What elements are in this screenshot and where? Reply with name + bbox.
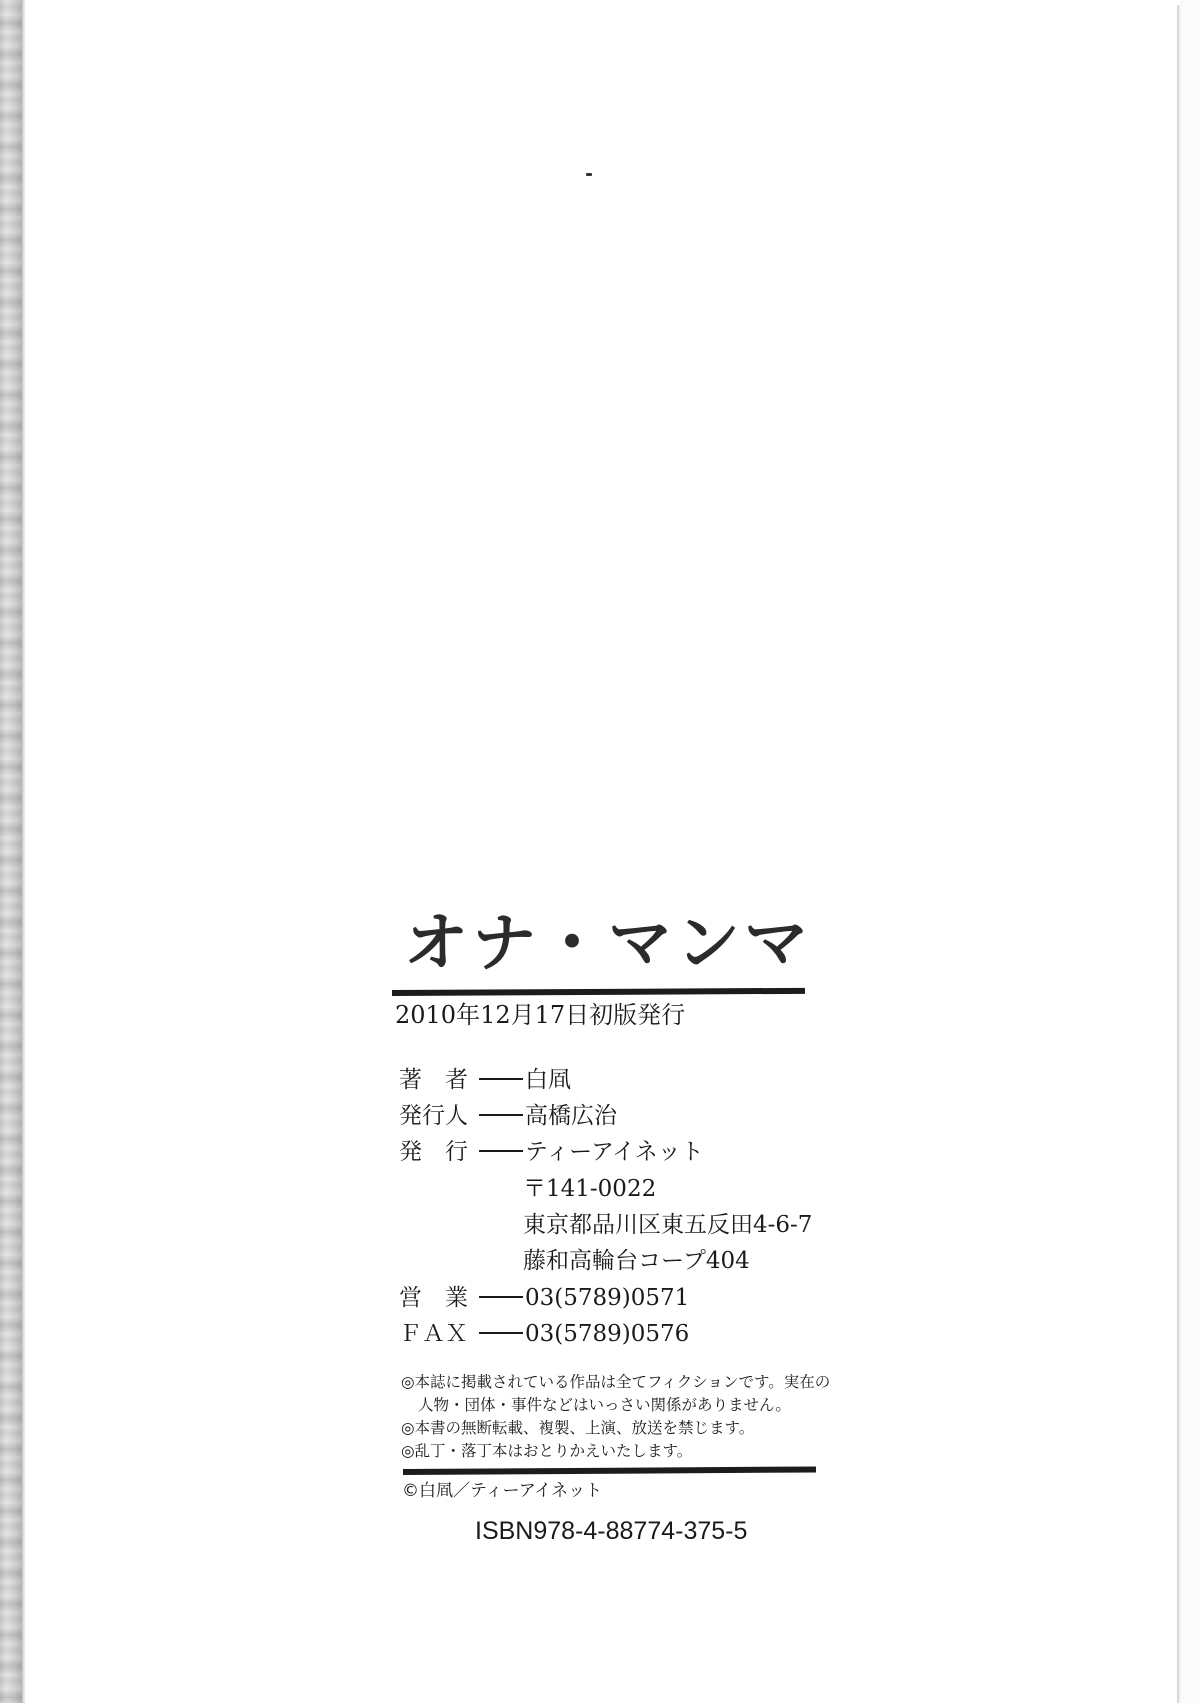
leader-dash	[479, 1150, 523, 1152]
isbn: ISBN978-4-88774-375-5	[475, 1519, 747, 1544]
credit-value: 白凮	[525, 1069, 571, 1092]
contact-row-fax: ＦＡＸ03(5789)0576	[399, 1323, 689, 1346]
book-title: オナ・マンマ	[404, 912, 812, 976]
credit-label: 発行人	[399, 1105, 479, 1128]
contact-label: ＦＡＸ	[399, 1323, 479, 1346]
leader-dash	[479, 1078, 523, 1080]
credit-value: ティーアイネット	[525, 1141, 704, 1164]
credit-label: 発 行	[399, 1141, 479, 1164]
legal-notes: ◎本誌に掲載されている作品は全てフィクションです。実在の 人物・団体・事件などは…	[401, 1371, 830, 1463]
credit-value: 高橋広治	[525, 1105, 617, 1128]
notes-divider-rule	[403, 1466, 816, 1475]
leader-dash	[479, 1114, 523, 1116]
contact-value: 03(5789)0576	[525, 1323, 689, 1346]
credit-label: 著 者	[399, 1069, 479, 1092]
credit-row-publisher-person: 発行人高橋広治	[399, 1105, 617, 1128]
address-line-2: 藤和高輪台コープ404	[523, 1250, 750, 1273]
copyright-line: ©白凮／ティーアイネット	[402, 1483, 602, 1500]
note-fiction-cont: 人物・団体・事件などはいっさい関係がありません。	[401, 1394, 830, 1417]
title-divider-rule	[392, 988, 805, 996]
postal-code: 〒141-0022	[523, 1178, 656, 1201]
leader-dash	[479, 1296, 523, 1298]
leader-dash	[479, 1332, 523, 1334]
credit-row-author: 著 者白凮	[399, 1069, 571, 1092]
note-no-reproduction: ◎本書の無断転載、複製、上演、放送を禁じます。	[401, 1417, 830, 1440]
address-line-1: 東京都品川区東五反田4-6-7	[523, 1214, 812, 1237]
publication-date: 2010年12月17日初版発行	[395, 1003, 685, 1027]
note-replacement: ◎乱丁・落丁本はおとりかえいたします。	[401, 1440, 830, 1463]
colophon: オナ・マンマ 2010年12月17日初版発行 著 者白凮 発行人高橋広治 発 行…	[0, 0, 1200, 1703]
contact-label: 営 業	[399, 1287, 479, 1310]
contact-value: 03(5789)0571	[525, 1287, 689, 1310]
note-fiction: ◎本誌に掲載されている作品は全てフィクションです。実在の	[401, 1371, 830, 1394]
credit-row-publisher: 発 行ティーアイネット	[399, 1141, 704, 1164]
contact-row-sales: 営 業03(5789)0571	[399, 1287, 689, 1310]
